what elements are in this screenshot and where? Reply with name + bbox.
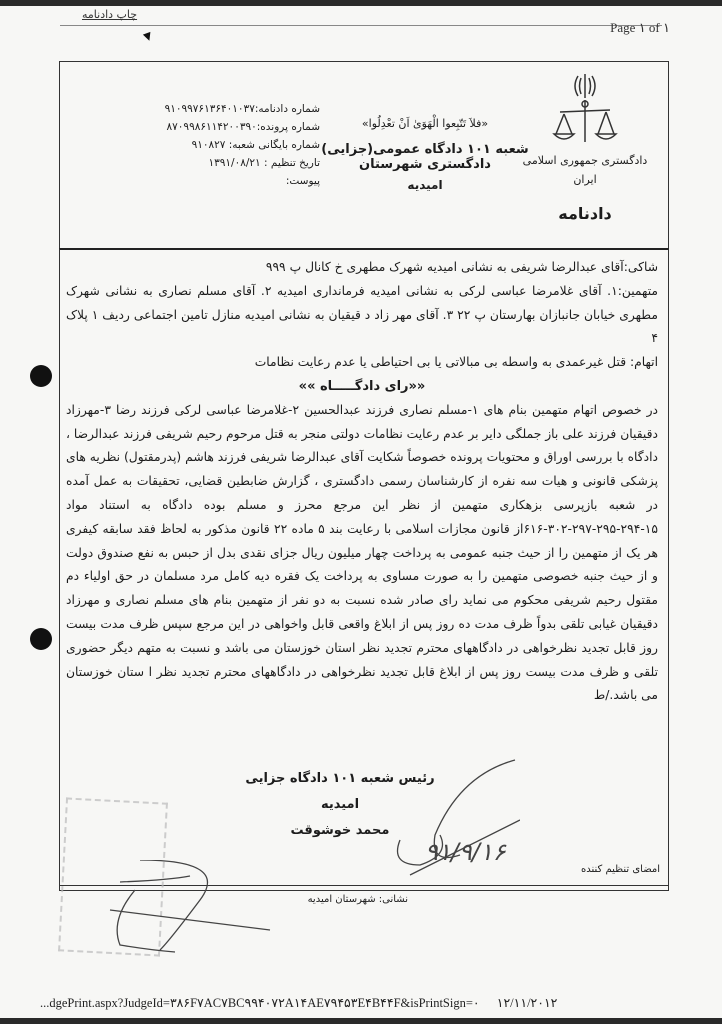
- quran-verse: «فلاَ تَتّبِعوا الْهَوَیٰ اَنْ تعْدِلُوا…: [310, 117, 540, 130]
- scan-bottom-edge: [0, 1018, 722, 1024]
- meta-verdict-number: شماره دادنامه:۹۱۰۹۹۷۶۱۳۶۴۰۱۰۳۷: [90, 100, 320, 118]
- verdict-heading: ««رای دادگـــــاه »»: [66, 375, 658, 399]
- accused-line: متهمین:۱. آقای غلامرضا عباسی لرکی به نشا…: [66, 280, 658, 351]
- header-rule: [60, 25, 662, 26]
- meta-case-number: شماره پرونده:۸۷۰۹۹۸۶۱۱۴۲۰۰۳۹۰: [90, 118, 320, 136]
- court-name: شعبه ۱۰۱ دادگاه عمومی(جزایی) دادگستری شه…: [310, 142, 540, 172]
- court-heading: «فلاَ تَتّبِعوا الْهَوَیٰ اَنْ تعْدِلُوا…: [310, 117, 540, 192]
- meta-issue-date: تاریخ تنظیم : ۱۳۹۱/۰۸/۲۱: [90, 154, 320, 172]
- verdict-paragraph: در خصوص اتهام متهمین بنام های ۱-مسلم نصا…: [66, 399, 658, 708]
- handwritten-signature-icon: ۹۱/۹/۱۶: [380, 755, 520, 885]
- document-title: دادنامه: [520, 204, 650, 223]
- mouse-cursor-icon: [143, 32, 153, 42]
- print-url-footer: ...dgePrint.aspx?JudgeId=۳۸۶F۷AC۷BC۹۹۴۰۷…: [40, 995, 557, 1011]
- document-header: دادگستری جمهوری اسلامی ایران دادنامه «فل…: [59, 61, 669, 249]
- meta-archive-number: شماره بایگانی شعبه: ۹۱۰۸۲۷: [90, 136, 320, 154]
- punch-hole-icon: [30, 365, 52, 387]
- complainant-line: شاکی:آقای عبدالرضا شریفی به نشانی امیدیه…: [66, 256, 658, 280]
- svg-text:۹۱/۹/۱۶: ۹۱/۹/۱۶: [425, 838, 507, 866]
- page-indicator: Page ۱ of ۱: [610, 20, 670, 36]
- meta-attachment: پیوست:: [90, 172, 320, 190]
- court-address: نشانی: شهرستان امیدیه: [308, 894, 408, 905]
- signature-label: امضای تنظیم کننده: [581, 864, 660, 875]
- scan-top-edge: [0, 0, 722, 6]
- print-url: ...dgePrint.aspx?JudgeId=۳۸۶F۷AC۷BC۹۹۴۰۷…: [40, 996, 480, 1010]
- body-text: شاکی:آقای عبدالرضا شریفی به نشانی امیدیه…: [66, 256, 658, 708]
- charge-line: اتهام: قتل غیرعمدی به واسطه بی مبالاتی ی…: [66, 351, 658, 375]
- document-body: شاکی:آقای عبدالرضا شریفی به نشانی امیدیه…: [59, 248, 669, 891]
- initial-scribble-icon: [90, 860, 280, 960]
- print-page-title: چاپ دادنامه: [82, 8, 137, 21]
- iran-judiciary-emblem-icon: [550, 70, 620, 150]
- print-date: ۱۲/۱۱/۲۰۱۲: [497, 996, 558, 1010]
- punch-hole-icon: [30, 628, 52, 650]
- court-city: امیدیه: [310, 178, 540, 192]
- case-metadata: شماره دادنامه:۹۱۰۹۹۷۶۱۳۶۴۰۱۰۳۷ شماره پرو…: [90, 100, 320, 190]
